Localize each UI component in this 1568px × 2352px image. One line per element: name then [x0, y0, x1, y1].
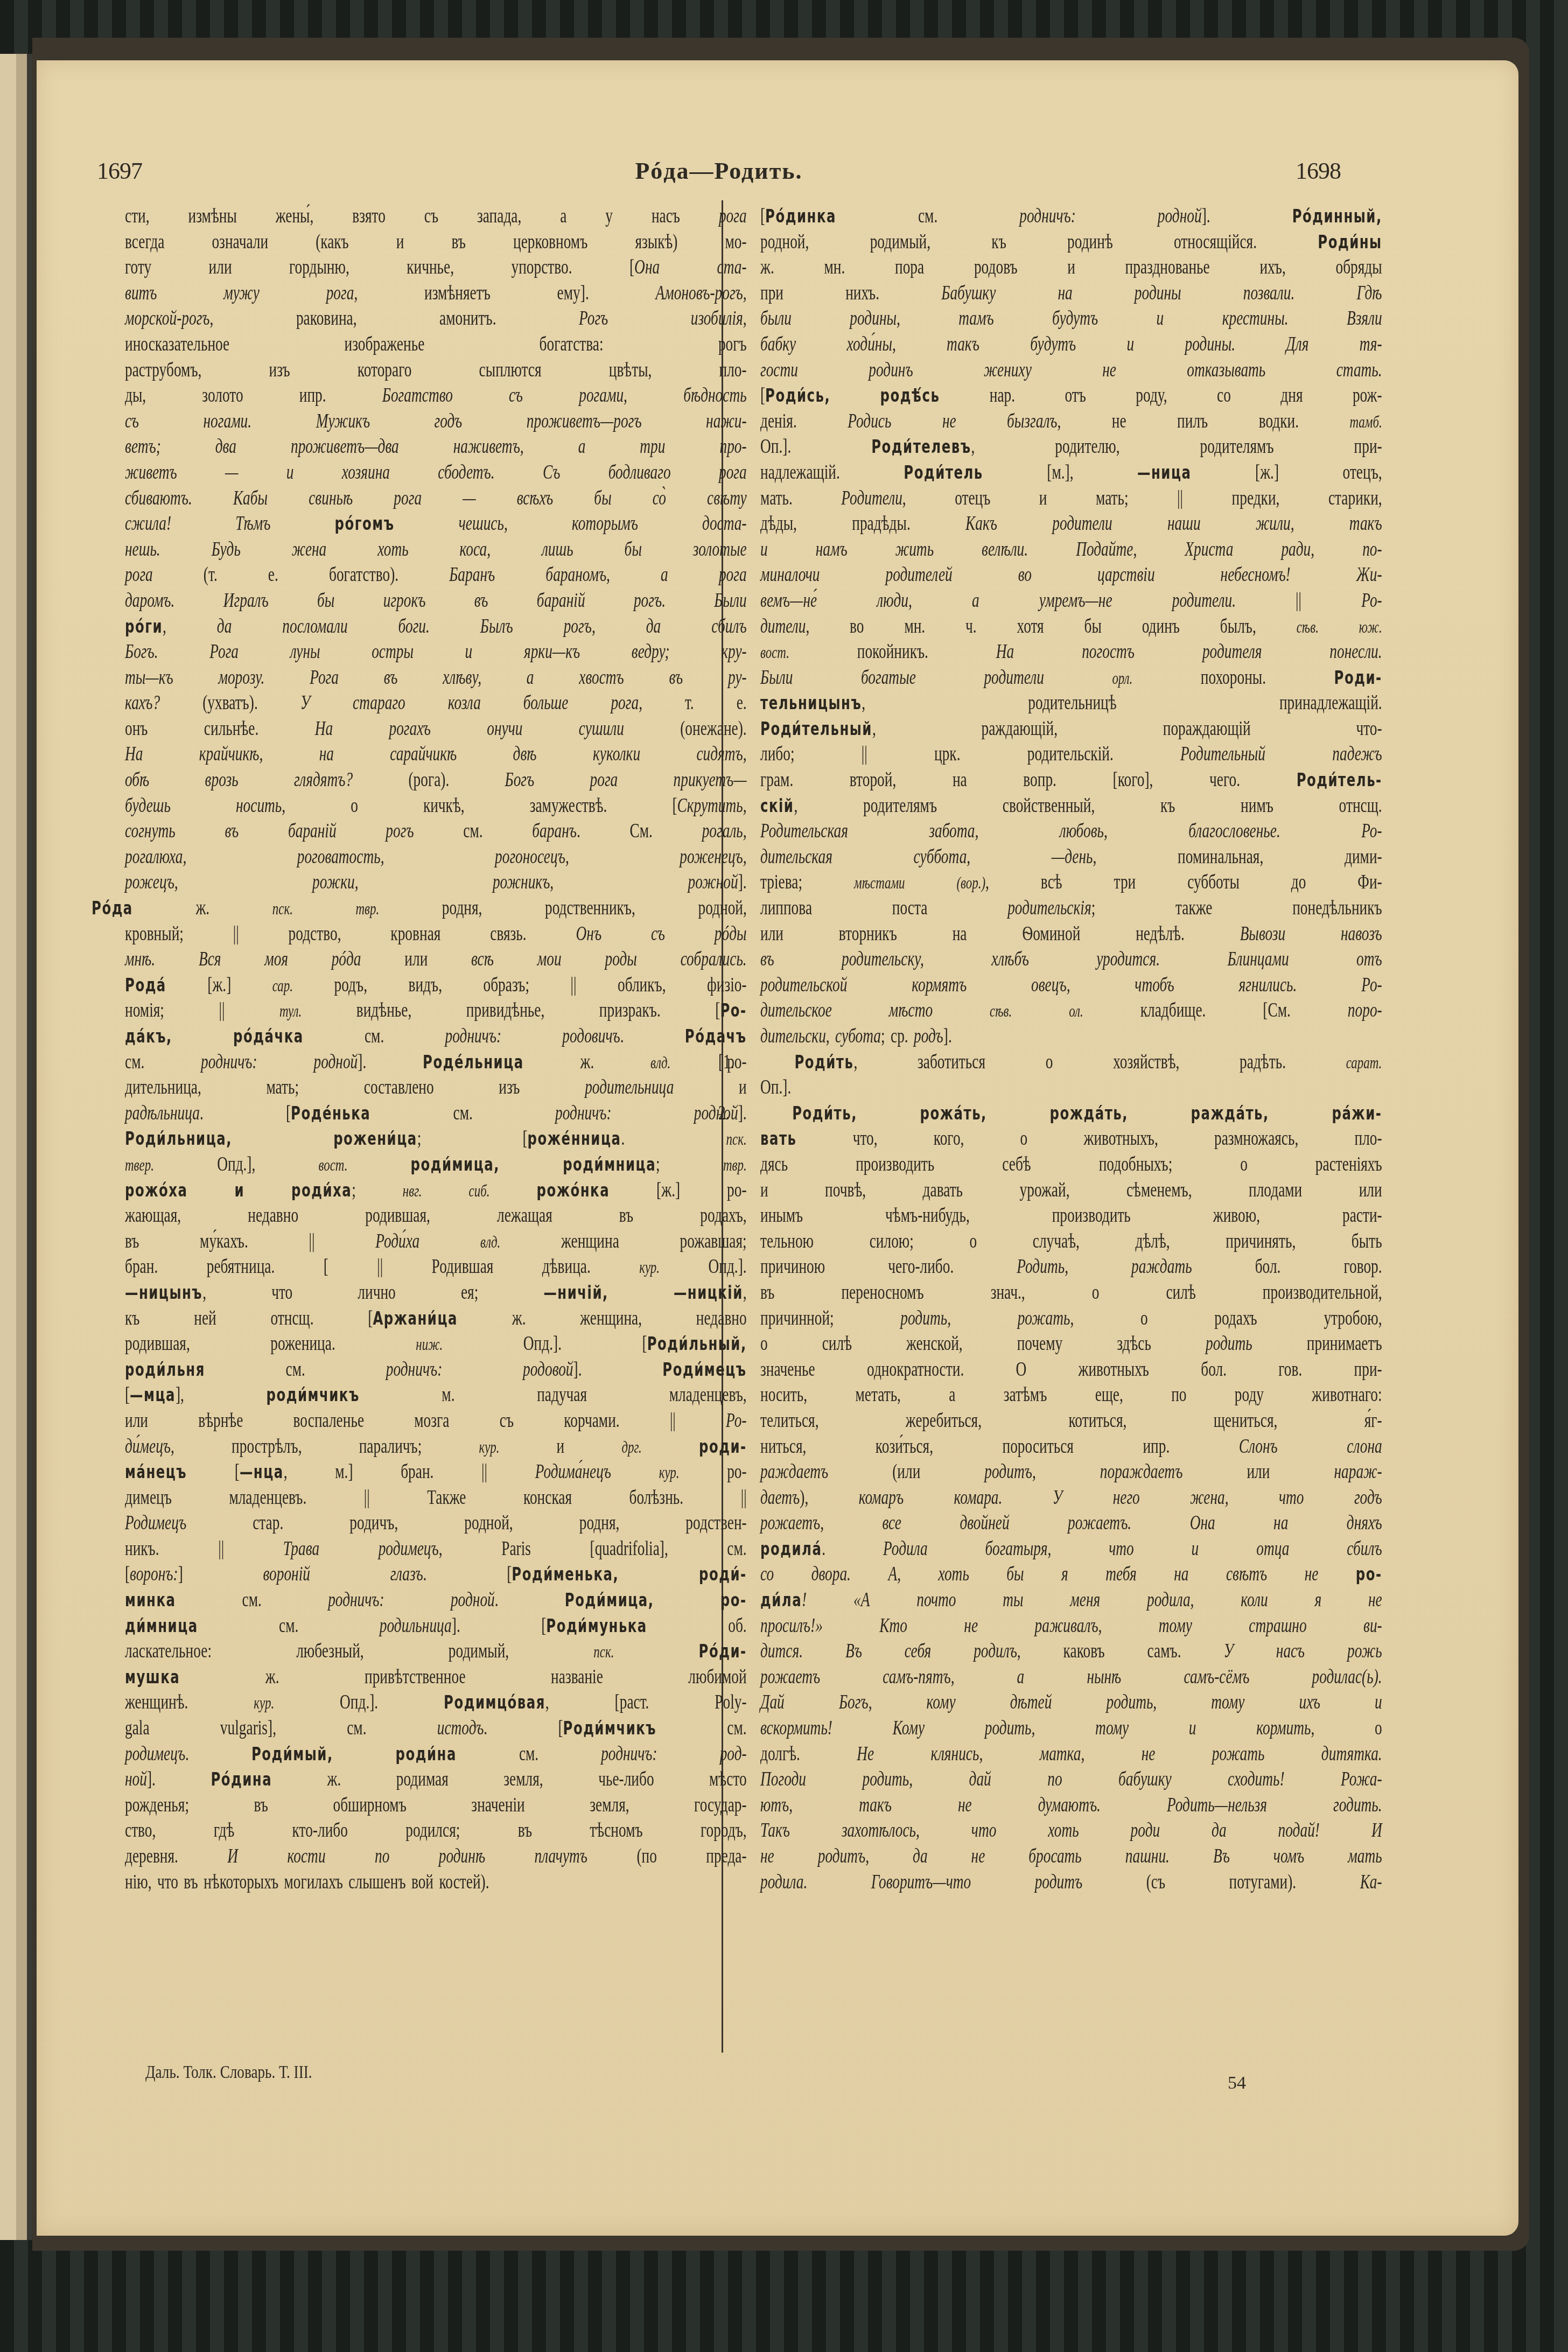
body-text: любимой	[688, 1666, 746, 1688]
body-text: Родившая	[432, 1256, 494, 1278]
italic-text: ной	[125, 1768, 147, 1790]
italic-text: рога	[326, 282, 354, 304]
italic-text: раживалъ,	[1035, 1615, 1102, 1637]
body-text: Опд.].	[340, 1691, 378, 1713]
body-text: роду,	[1136, 384, 1167, 407]
italic-text: бабку	[760, 333, 796, 355]
body-text: пло-	[1355, 1128, 1382, 1150]
body-text: бы	[1084, 615, 1102, 638]
text-line: даромъ.Игралъбыигрокъвъбаранійрогъ.Были	[125, 588, 747, 614]
italic-text: жениху	[984, 359, 1032, 381]
italic-text: а	[527, 667, 534, 689]
text-line: ма́нецъ[—нца,м.]бран.||Родима́нецъкур.ро…	[125, 1459, 747, 1485]
italic-text: рожникъ,	[493, 871, 554, 893]
body-text: любезный,	[296, 1640, 364, 1662]
italic-text: ягнились.	[1239, 974, 1297, 996]
text-line: ветъ;двапроживетъ—дванаживетъ,атрипро-	[125, 434, 747, 460]
italic-text: орл.	[1112, 669, 1132, 688]
body-text: [quadrifolia],	[590, 1538, 668, 1560]
body-text: ;	[352, 1179, 356, 1201]
italic-text: чомъ	[1273, 1845, 1304, 1867]
body-text: црк.	[934, 743, 960, 765]
italic-text: просилъ!»	[760, 1615, 823, 1637]
body-text: .	[822, 1538, 825, 1560]
italic-text: ста-	[717, 256, 747, 278]
italic-text: рожать	[1018, 1307, 1070, 1329]
italic-text: ру-	[728, 667, 747, 689]
italic-text: сидятъ,	[696, 743, 746, 765]
body-text: бран.	[125, 1256, 158, 1278]
italic-text: крестины.	[1222, 307, 1289, 330]
italic-text: твр.	[355, 899, 379, 918]
body-text: ниться,	[760, 1436, 806, 1458]
body-text: на	[953, 923, 967, 945]
body-text: и	[1067, 256, 1075, 278]
body-text: ,	[853, 1051, 857, 1073]
italic-text: пашни.	[1125, 1845, 1170, 1867]
body-text: мать;	[1096, 487, 1129, 509]
body-text: привидѣнье,	[466, 999, 545, 1021]
body-text: ;	[1091, 897, 1096, 919]
italic-text: И	[1371, 1819, 1382, 1842]
italic-text: Такъ	[760, 1819, 790, 1842]
italic-text: рогоносецъ,	[495, 846, 569, 868]
italic-text: намъ	[816, 538, 848, 561]
body-text: деревня.	[125, 1845, 178, 1867]
headword: Рода́	[125, 975, 166, 996]
body-text: ||	[481, 1461, 487, 1483]
text-line: иносказательноеизображеньебогатства:рогъ	[125, 332, 747, 358]
italic-text: рогъ.	[634, 590, 666, 612]
text-line: кровный;||родство,кровнаясвязь.Онъсърóды	[125, 921, 747, 947]
body-text: нар.	[990, 384, 1015, 407]
italic-text: а	[578, 436, 586, 458]
italic-text: мои	[537, 948, 562, 970]
italic-text: нешь.	[125, 538, 160, 561]
italic-text: Богатство	[382, 384, 453, 407]
body-text: родахъ	[1214, 1307, 1257, 1329]
body-text: ||	[233, 923, 239, 945]
body-text: родовъ	[974, 256, 1018, 278]
text-line: ди́мецъ,прострѣлъ,параличъ;кур.идрг.роди…	[125, 1434, 747, 1460]
headword: Роди́льница,	[125, 1128, 232, 1149]
body-text: поста	[892, 897, 928, 919]
body-text: о	[1020, 1128, 1028, 1150]
italic-text: отца	[1256, 1538, 1289, 1560]
italic-text: На	[996, 641, 1014, 663]
body-text: значеніи	[471, 1794, 524, 1816]
italic-text: Родить—нельзя	[1167, 1794, 1267, 1816]
headword: Рóдина	[211, 1769, 272, 1790]
text-line: galavulgaris],см.истодъ.[Роди́мчикъсм.	[125, 1716, 747, 1741]
italic-text: Какъ	[965, 513, 997, 535]
body-text: дими-	[1345, 846, 1382, 868]
body-text: тѣсномъ	[590, 1819, 642, 1842]
headword: —ничій,	[543, 1282, 608, 1303]
body-text: богатства:	[540, 333, 604, 355]
body-text: себѣ	[1002, 1153, 1031, 1175]
text-line: дители,вомн.ч.хотябыодинъбылъ,сѣв.юж.	[760, 614, 1382, 640]
body-text: и	[557, 1436, 565, 1458]
italic-text: Ро-	[726, 1410, 747, 1432]
text-line: рóги,дапосломалибоги.Былърогъ,дасбилъ	[125, 614, 747, 640]
body-text: родимая	[396, 1768, 449, 1790]
italic-text: не	[1102, 359, 1116, 381]
signature-mark: 54	[1228, 2073, 1246, 2094]
italic-text: двойней	[960, 1512, 1009, 1534]
body-text: котораго	[358, 359, 412, 381]
body-text: также	[1175, 897, 1212, 919]
body-text: бран.	[401, 1461, 433, 1483]
italic-text: собрались.	[681, 948, 747, 970]
body-text: ипр.	[1143, 1436, 1170, 1458]
italic-text: тебя	[1105, 1563, 1136, 1585]
italic-text: кахъ?	[125, 692, 160, 714]
headword: Рóда	[92, 898, 133, 919]
headword: минка	[125, 1590, 176, 1611]
text-line: рожаетъсамъ-пятъ,анынѣсамъ-сёмъродилас(ь…	[760, 1664, 1382, 1690]
body-text: ср.	[891, 1025, 908, 1047]
italic-text: родителей	[885, 564, 952, 586]
italic-text: ди́мецъ	[125, 1436, 171, 1458]
body-text: кто-либо	[292, 1819, 348, 1842]
body-text: о	[969, 1230, 977, 1252]
text-line: дительскаясуббота,—день,поминальная,дими…	[760, 844, 1382, 870]
italic-text: согнуть	[125, 820, 176, 842]
italic-text: сбилъ	[711, 615, 746, 638]
body-text: о	[1046, 1051, 1053, 1073]
text-line: дѣды,прадѣды.Какъродителинашижили,такъ	[760, 511, 1382, 537]
italic-text: Ро-	[1361, 820, 1382, 842]
body-text: отецъ,	[1343, 461, 1382, 484]
body-text: къ	[125, 1307, 139, 1329]
italic-text: комара.	[954, 1487, 1003, 1509]
text-line: кахъ?(ухватъ).Устарагокозлабольшерога,т.…	[125, 690, 747, 716]
headword: —ницкій	[674, 1282, 743, 1303]
body-text: т.	[685, 692, 694, 714]
italic-text: дрг.	[621, 1438, 641, 1457]
italic-text: гости	[760, 359, 798, 381]
body-text: со	[1217, 384, 1231, 407]
body-text: радѣть.	[1240, 1051, 1286, 1073]
body-text: е.	[737, 692, 747, 714]
text-line: [Рóдинкасм.родничъ:родной].Рóдинный,	[760, 204, 1382, 229]
italic-text: и	[1127, 333, 1135, 355]
body-text: См.	[630, 820, 653, 842]
page-title: Рóда—Родить.	[97, 157, 1341, 185]
italic-text: про-	[719, 436, 746, 458]
body-text: ,	[171, 1436, 174, 1458]
headword: мушка	[125, 1667, 180, 1688]
italic-text: самъ-пятъ,	[883, 1666, 954, 1688]
italic-text: тому	[1095, 1717, 1129, 1739]
body-text: мн.	[824, 256, 845, 278]
text-line: дится.Въсебяродилъ,каковъсамъ.Унасърожь	[760, 1639, 1382, 1664]
body-text: [	[368, 1307, 373, 1329]
body-text: ].	[573, 1359, 582, 1381]
italic-text: дѣтей	[1010, 1691, 1052, 1713]
italic-text: что	[1109, 1538, 1134, 1560]
italic-text: по-	[1362, 538, 1382, 561]
italic-text: родимецъ	[379, 1538, 439, 1560]
italic-text: во	[1018, 564, 1032, 586]
italic-text: не	[1368, 1589, 1382, 1611]
body-text: рож-	[1353, 384, 1382, 407]
text-line: Роди́тельный,раждающій,пораждающійчто-	[760, 716, 1382, 742]
body-text: [м.],	[1047, 461, 1073, 484]
headword: ди́мница	[125, 1615, 198, 1636]
body-text: женщинѣ.	[125, 1691, 188, 1713]
body-text: сѣменемъ,	[1126, 1179, 1192, 1201]
italic-text: ярки—къ	[524, 641, 580, 663]
body-text: утробою,	[1324, 1307, 1382, 1329]
body-text: въ	[452, 231, 466, 253]
text-line: нію,чтовънѣкоторыхъмогилахъслышенъвойкос…	[125, 1870, 747, 1895]
text-line: ной].Рóдинаж.родимаяземля,чье-либомѣсто	[125, 1767, 747, 1793]
italic-text: сарайчикѣ	[390, 743, 457, 765]
italic-text: не	[1142, 1743, 1156, 1765]
italic-text: обѣ	[125, 769, 149, 791]
italic-text: У	[300, 692, 310, 714]
body-text: что-	[1356, 718, 1382, 740]
running-head: 1697 Рóда—Родить. 1698	[97, 157, 1341, 190]
body-text: чего.	[1209, 769, 1240, 791]
body-text: въ	[125, 1230, 139, 1252]
italic-text: рога	[611, 692, 639, 714]
body-text: во	[850, 615, 864, 638]
italic-text: пск.	[726, 1130, 747, 1149]
italic-text: въ	[474, 590, 488, 612]
italic-text: все	[883, 1512, 901, 1534]
headword: ро-	[1356, 1564, 1382, 1585]
body-text: родинѣ	[1067, 231, 1113, 253]
body-text: ;	[417, 1128, 422, 1150]
body-text: Опд.],	[217, 1153, 255, 1175]
body-text: нію,	[125, 1871, 152, 1893]
italic-text: родничъ:	[201, 1051, 257, 1073]
text-line: ютъ,такънедумаютъ.Родить—нельзягодить.	[760, 1793, 1382, 1818]
body-text: пло-	[719, 359, 747, 381]
italic-text: больше	[523, 692, 569, 714]
italic-text: Богъ.	[125, 641, 158, 663]
body-text: о	[1140, 1307, 1148, 1329]
italic-text: царствіи	[1097, 564, 1155, 586]
facing-page-edge	[0, 54, 33, 2240]
italic-text: —	[463, 487, 475, 509]
body-text: или	[1247, 1461, 1270, 1483]
italic-text: и	[760, 538, 768, 561]
body-text: [	[760, 384, 765, 407]
body-text: [	[629, 256, 634, 278]
italic-text: клянись,	[931, 1743, 983, 1765]
body-text: ,	[1070, 1307, 1074, 1329]
body-text: дѣды,	[760, 513, 797, 535]
body-text: я́г-	[1364, 1410, 1382, 1432]
body-text: Опд.].	[523, 1333, 562, 1355]
italic-text: жить	[895, 538, 934, 561]
italic-text: хоть	[377, 538, 408, 561]
body-text: ,	[354, 282, 358, 304]
italic-text: умремъ—не	[1039, 590, 1112, 612]
text-line: родила́.Родилабогатыря,чтоиотцасбилъ	[760, 1536, 1382, 1562]
italic-text: родничъ:	[445, 1025, 502, 1047]
italic-text: насъ	[1276, 1640, 1305, 1662]
text-line: грам.второй,навопр.[кого],чего.Роди́тель…	[760, 767, 1382, 793]
italic-text: со	[760, 1563, 774, 1585]
body-text: прадѣды.	[852, 513, 910, 535]
italic-text: наши	[1167, 513, 1201, 535]
body-text: [ж.]	[207, 974, 231, 996]
italic-text: Рога	[209, 641, 239, 663]
body-text: ж.	[265, 1666, 279, 1688]
body-text: и	[396, 231, 404, 253]
italic-text: родители.	[1172, 590, 1236, 612]
italic-text: Онъ	[576, 923, 602, 945]
italic-text: Родима́нецъ	[535, 1461, 611, 1483]
body-text: ,	[202, 1282, 206, 1304]
italic-text: На	[315, 718, 333, 740]
body-text: связь.	[490, 923, 526, 945]
body-text: кровная	[390, 923, 440, 945]
italic-text: изобилія,	[691, 307, 747, 330]
headword: Роди́льный,	[647, 1333, 747, 1354]
italic-text: и	[465, 641, 473, 663]
body-text: лежащая	[497, 1205, 552, 1227]
text-line: ласкательное:любезный,родимый,пск.Рóди-	[125, 1639, 747, 1664]
italic-text: проживетъ—рогъ	[527, 410, 642, 432]
text-line: Родимецъстар.родичъ,родной,родня,родстве…	[125, 1510, 747, 1536]
body-text: принадлежащій.	[1279, 692, 1382, 714]
body-text: о	[1240, 1153, 1248, 1175]
italic-text: коли	[1241, 1589, 1268, 1611]
body-text: при-	[1354, 1359, 1382, 1381]
body-text: .	[200, 1102, 204, 1124]
body-text: см.	[365, 1025, 384, 1047]
body-text: .	[620, 1025, 624, 1047]
body-text: и	[760, 1179, 768, 1201]
body-text: ||	[670, 1410, 676, 1432]
body-text: вторникъ	[839, 923, 897, 945]
body-text: см.	[453, 1102, 473, 1124]
body-text: вопр.	[1023, 769, 1056, 791]
body-text: Ѳоминой	[1022, 923, 1080, 945]
body-text: ].	[943, 1025, 952, 1047]
italic-text: родила,	[1147, 1589, 1194, 1611]
italic-text: Кто	[879, 1615, 907, 1637]
body-text: ,	[1311, 1717, 1314, 1739]
body-text: ||	[1177, 487, 1183, 509]
headword: роди́мица,	[411, 1154, 500, 1175]
body-text: урожай,	[1020, 1179, 1070, 1201]
italic-text: Тѣмъ	[235, 513, 270, 535]
body-text: почему	[1017, 1333, 1063, 1355]
text-line: рогалюха,роговатость,рогоносецъ,роженецъ…	[125, 844, 747, 870]
italic-text: Родители	[841, 487, 902, 509]
italic-text: Она	[634, 256, 660, 278]
body-text: [	[324, 1256, 328, 1278]
italic-text: тя-	[1360, 333, 1382, 355]
text-line: радѣльница.[Роде́нькасм.родничъ:родной].	[125, 1101, 747, 1126]
body-text: о	[760, 1333, 768, 1355]
body-text: а	[560, 205, 566, 227]
italic-text: Взяли	[1347, 307, 1382, 330]
body-text: причинной;	[760, 1307, 834, 1329]
body-text: О	[1016, 1359, 1026, 1381]
body-text: см.	[242, 1589, 262, 1611]
body-text: [	[522, 1128, 527, 1150]
italic-text: родитъ	[1035, 1871, 1083, 1893]
body-text: городъ,	[701, 1819, 747, 1842]
italic-text: наживетъ,	[453, 436, 524, 458]
text-line: сти,измѣныжены́,взятосъзапада,аунасърога	[125, 204, 747, 229]
italic-text: ниж.	[416, 1335, 443, 1354]
italic-text: нынѣ	[1087, 1666, 1121, 1688]
body-text: роду	[1235, 1384, 1264, 1406]
body-text: земля,	[590, 1794, 629, 1816]
headword: ражда́ть,	[1191, 1103, 1269, 1124]
italic-text: онучи	[487, 718, 522, 740]
body-text: о	[1092, 1282, 1100, 1304]
italic-text: свѣту	[707, 487, 747, 509]
italic-text: родинъ	[869, 359, 913, 381]
body-text: тельною	[760, 1230, 814, 1252]
headword: —ница	[1137, 462, 1191, 483]
body-text: сыплются	[479, 359, 542, 381]
body-text: ||	[218, 1538, 224, 1560]
body-text: бол.	[1201, 1359, 1227, 1381]
headword: Ро-	[720, 1000, 746, 1021]
text-line: въродительску,хлѣбъуродится.Блинцамиотъ	[760, 947, 1382, 972]
italic-text: врозь	[205, 769, 239, 791]
headword: Роди́мица,	[565, 1590, 654, 1611]
text-line: живетъ—ихозяинасбодетъ.Събодливагорога	[125, 460, 747, 486]
italic-text: У	[1223, 1640, 1233, 1662]
italic-text: пск.	[272, 899, 293, 918]
italic-text: ветъ;	[125, 436, 161, 458]
text-line: Погодиродить,дайпобабушкусходить!Рожа-	[760, 1767, 1382, 1793]
body-text: ж.	[512, 1307, 526, 1329]
italic-text: родовичъ	[562, 1025, 620, 1047]
body-text: видѣнье,	[356, 999, 412, 1021]
body-text: нихъ.	[845, 282, 879, 304]
italic-text: два	[215, 436, 236, 458]
text-line: Оп.].Роди́телевъ,родителю,родителямъпри-	[760, 434, 1382, 460]
body-text: родной,	[760, 231, 809, 253]
text-line: 2.Роди́ть,рожа́ть,рожда́ть,ражда́ть,ра́ж…	[718, 1101, 1382, 1126]
italic-text: не	[964, 1615, 978, 1637]
body-text: лично	[358, 1282, 395, 1304]
body-text: недѣлѣ.	[1136, 923, 1185, 945]
italic-text: нажи-	[706, 410, 747, 432]
italic-text: сходить!	[1228, 1768, 1284, 1790]
body-text: [	[286, 1102, 291, 1124]
italic-text: рожь	[1347, 1640, 1382, 1662]
italic-text: кормятъ	[912, 974, 967, 996]
body-text: при-	[1354, 436, 1382, 458]
italic-text: мнѣ.	[125, 948, 155, 970]
text-line: Такъзахотѣлось,чтохотьродидаподай!И	[760, 1818, 1382, 1844]
body-text: что	[157, 1871, 178, 1893]
body-text: значенье	[760, 1359, 815, 1381]
body-text: см.	[727, 1717, 746, 1739]
italic-text: Рожа-	[1341, 1768, 1382, 1790]
headword: Роди́ть,	[792, 1103, 857, 1124]
italic-text: Скрутить,	[677, 795, 747, 817]
italic-text: ихъ	[1299, 1691, 1320, 1713]
body-text: кичнье,	[407, 256, 454, 278]
headword: и	[234, 1180, 244, 1201]
body-text: мать;	[266, 1076, 299, 1098]
